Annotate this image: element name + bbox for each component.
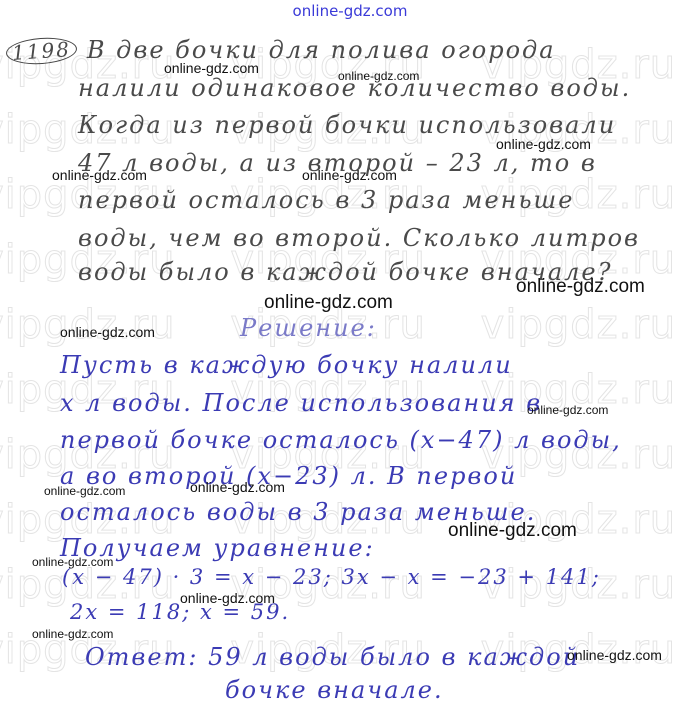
- solution-line: а во второй (x−23) л. В первой: [60, 462, 517, 490]
- solution-line: первой бочке осталось (x−47) л воды,: [60, 426, 622, 454]
- overlay-watermark: online-gdz.com: [60, 324, 155, 340]
- task-line: воды, чем во второй. Сколько литров: [78, 224, 640, 252]
- task-line: Когда из первой бочки использовали: [78, 111, 616, 139]
- overlay-watermark: online-gdz.com: [32, 555, 113, 569]
- overlay-watermark: online-gdz.com: [448, 520, 577, 542]
- overlay-watermark: online-gdz.com: [44, 484, 125, 498]
- answer-line: Ответ: 59 л воды было в каждой: [85, 643, 580, 671]
- overlay-watermark: online-gdz.com: [180, 590, 275, 606]
- overlay-watermark: online-gdz.com: [527, 403, 608, 417]
- overlay-watermark: online-gdz.com: [496, 136, 591, 152]
- answer-line: бочке вначале.: [225, 676, 444, 703]
- overlay-watermark: online-gdz.com: [164, 60, 259, 76]
- overlay-watermark: online-gdz.com: [52, 167, 147, 183]
- site-watermark-top: online-gdz.com: [0, 2, 700, 20]
- overlay-watermark: online-gdz.com: [567, 647, 662, 663]
- overlay-watermark: online-gdz.com: [516, 276, 645, 298]
- problem-number: 1198: [5, 36, 78, 67]
- task-line: 1198В две бочки для полива огорода: [6, 36, 556, 64]
- solution-line: Пусть в каждую бочку налили: [60, 351, 513, 379]
- overlay-watermark: online-gdz.com: [302, 167, 397, 183]
- equation-line: (x − 47) · 3 = x − 23; 3x − x = −23 + 14…: [62, 565, 601, 589]
- task-line: первой осталось в 3 раза меньше: [78, 186, 574, 214]
- overlay-watermark: online-gdz.com: [190, 479, 285, 495]
- overlay-watermark: online-gdz.com: [264, 292, 393, 314]
- overlay-watermark: online-gdz.com: [338, 69, 419, 83]
- solution-heading: Решение:: [240, 314, 377, 342]
- overlay-watermark: online-gdz.com: [32, 627, 113, 641]
- solution-line: x л воды. После использования в: [60, 389, 542, 417]
